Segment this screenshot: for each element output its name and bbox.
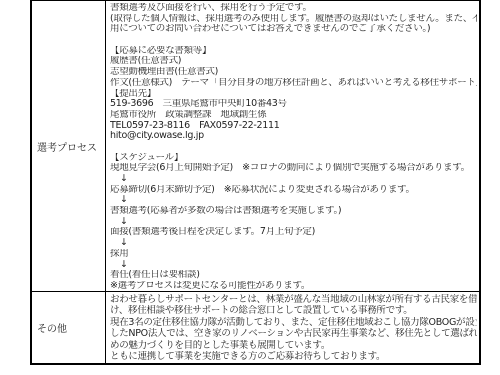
table-row-other: その他 おわせ暮らしサポートセンターとは、林業が盛んな当地域の山林家が所有する古…	[32, 291, 479, 363]
text-line: け、移住相談や移住サポートの総合窓口として設置している事務所です。	[110, 305, 477, 316]
row-header-other: その他	[32, 292, 106, 363]
text-line: 着任(着任日は要相談)	[110, 270, 477, 281]
text-line: したNPO法人では、空き家のリノベーションや古民家再生事業など、移住先として選ば…	[110, 328, 477, 339]
text-line: ともに連携して事業を実施できる方のご応募お待ちしております。	[110, 351, 477, 362]
text-line: 作文(任意様式) テーマ「自分自身の地方移住計画と、あればいいと考える移住サポー…	[110, 78, 477, 89]
down-arrow-glyph: ↓	[110, 238, 477, 249]
text-line: 採用	[110, 249, 477, 260]
text-line: 履歴書(任意書式)	[110, 56, 477, 67]
text-line: hito@city.owase.lg.jp	[110, 131, 477, 142]
row-header-label: その他	[37, 320, 67, 335]
text-line: 応募締切(6月末締切予定) ※応募状況により変更される場合があります。	[110, 185, 477, 196]
text-line: 【スケジュール】	[110, 153, 477, 164]
document-page: 選考プロセス 書類選考及び面接を行い、採用を行う予定です。(取得した個人情報は、…	[0, 0, 500, 375]
down-arrow-glyph: ↓	[110, 174, 477, 185]
text-line: 用についてのお問い合わせについてはお答えできませんのでご了承ください。)	[110, 24, 477, 35]
text-line: (取得した個人情報は、採用選考のみ使用します。履歴書の返却はいたしません。また、…	[110, 14, 477, 25]
text-line: おわせ暮らしサポートセンターとは、林業が盛んな当地域の山林家が所有する古民家を借…	[110, 294, 477, 305]
text-line: 【提出先】	[110, 89, 477, 100]
text-line	[110, 35, 477, 46]
recruitment-info-table: 選考プロセス 書類選考及び面接を行い、採用を行う予定です。(取得した個人情報は、…	[30, 0, 481, 365]
down-arrow-glyph: ↓	[110, 217, 477, 228]
text-line: TEL0597-23-8116 FAX0597-22-2111	[110, 121, 477, 132]
text-line: 【応募に必要な書類等】	[110, 46, 477, 57]
text-line: ※選考プロセスは変更になる可能性があります。	[110, 281, 477, 291]
text-line: 志望動機理由書(任意書式)	[110, 67, 477, 78]
text-line: 書類選考及び面接を行い、採用を行う予定です。	[110, 3, 477, 14]
text-line: めの魅力づくりを目的とした事業も展開しています。	[110, 340, 477, 351]
row-content-selection-process: 書類選考及び面接を行い、採用を行う予定です。(取得した個人情報は、採用選考のみ使…	[106, 1, 479, 291]
text-line: 書類選考(応募者が多数の場合は書類選考を実施します。)	[110, 206, 477, 217]
down-arrow-glyph: ↓	[110, 195, 477, 206]
row-content-other: おわせ暮らしサポートセンターとは、林業が盛んな当地域の山林家が所有する古民家を借…	[106, 292, 479, 363]
table-row-selection-process: 選考プロセス 書類選考及び面接を行い、採用を行う予定です。(取得した個人情報は、…	[32, 1, 479, 291]
text-line: 面接(書類選考後日程を決定します。7月上旬予定)	[110, 227, 477, 238]
text-line: 現地見学会(6月上旬開始予定) ※コロナの動向により個別で実施する場合があります…	[110, 163, 477, 174]
text-line: 現在3名の定住移住協力隊が活動しており、また、定住移住地域おこし協力隊OBOGが…	[110, 317, 477, 328]
text-line: 519-3696 三重県尾鷲市中央町10番43号	[110, 99, 477, 110]
row-header-selection-process: 選考プロセス	[32, 1, 106, 291]
text-line: 尾鷲市役所 政策調整課 地域創生係	[110, 110, 477, 121]
row-header-label: 選考プロセス	[37, 139, 97, 154]
text-line	[110, 142, 477, 153]
down-arrow-glyph: ↓	[110, 260, 477, 271]
